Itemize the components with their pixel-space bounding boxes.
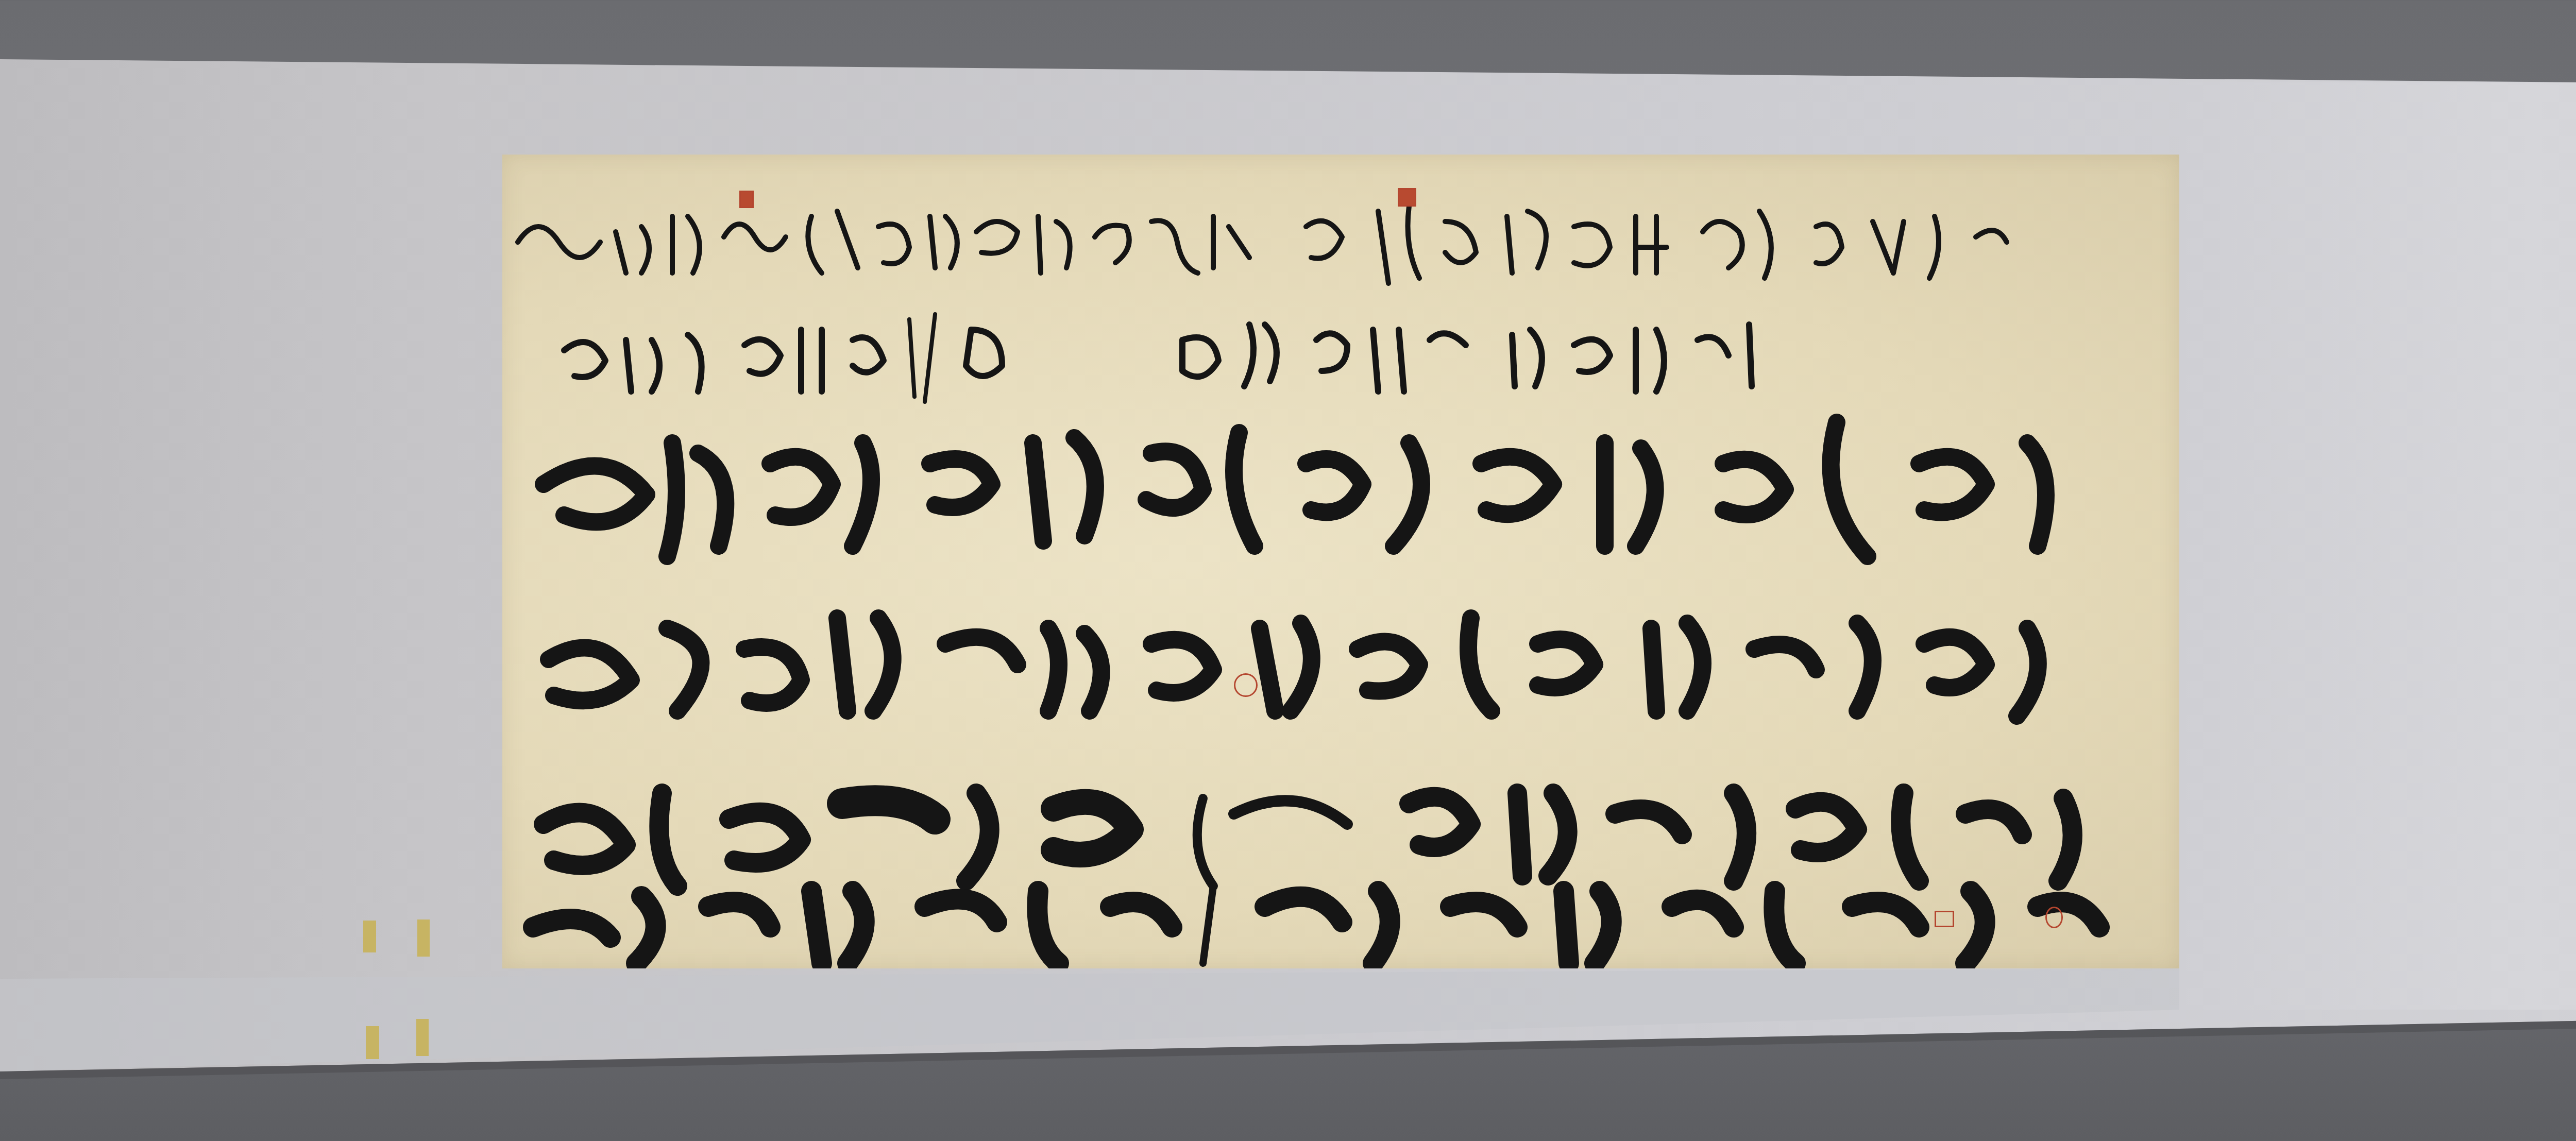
calligraphy-ink — [502, 155, 2179, 968]
seal-top-left — [739, 191, 754, 208]
seal-bottom-square — [1935, 911, 1954, 927]
seal-top-middle — [1398, 188, 1416, 207]
seal-bottom-round — [2045, 907, 2063, 928]
tape-strip — [366, 1026, 379, 1059]
seal-center-round — [1234, 673, 1258, 697]
tape-strip — [417, 919, 430, 957]
tape-strip — [363, 921, 376, 952]
mounting-end-panel — [2179, 82, 2576, 1010]
tape-strip — [416, 1019, 429, 1056]
